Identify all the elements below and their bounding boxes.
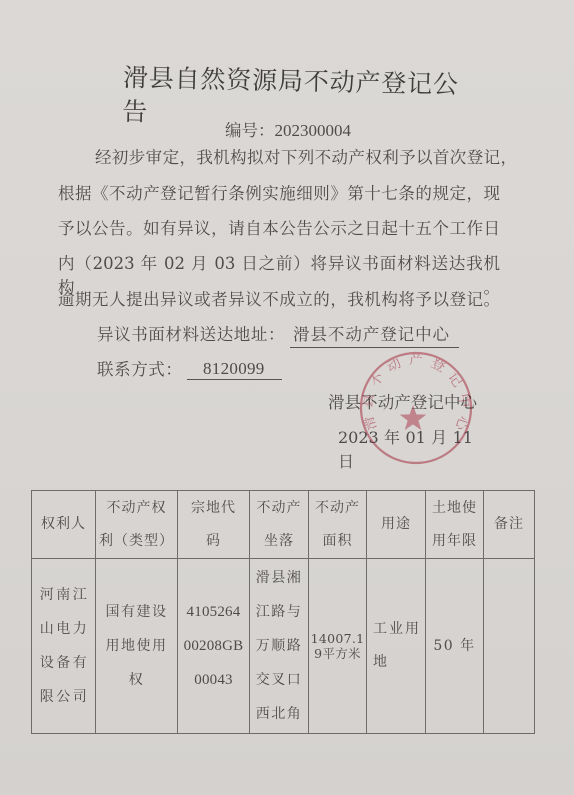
- contact-label: 联系方式：: [97, 358, 183, 382]
- notice-title: 滑县自然资源局不动产登记公告: [123, 61, 459, 102]
- cell-line: 河南江: [32, 578, 95, 612]
- header-remarks: 备注: [484, 491, 535, 559]
- header-line: 不动产权: [96, 492, 177, 525]
- header-line: 宗地代: [178, 492, 249, 525]
- cell-area: 14007.1 9平方米: [309, 559, 367, 734]
- table-header-row: 权利人 不动产权 利（类型） 宗地代 码 不动产 坐落 不动产 面积: [32, 491, 535, 559]
- contact-value: 8120099: [203, 357, 265, 381]
- notice-page: 滑县自然资源局不动产登记公告 编号：202300004 经初步审定，我机构拟对下…: [0, 0, 574, 795]
- cell-right-holder: 河南江 山电力 设备有 限公司: [32, 559, 96, 734]
- cell-line: 工业用: [373, 613, 425, 646]
- cell-line: 用地使用: [96, 629, 177, 663]
- body-line-1: 经初步审定，我机构拟对下列不动产权利予以首次登记，: [95, 146, 517, 170]
- cell-line: 00043: [178, 663, 249, 697]
- table-row: 河南江 山电力 设备有 限公司 国有建设 用地使用 权 4105264 0020…: [32, 559, 535, 734]
- address-underline: [290, 347, 459, 348]
- cell-line: 地: [373, 646, 425, 679]
- header-line: 用途: [367, 508, 425, 541]
- header-line: 备注: [484, 508, 534, 541]
- cell-line: 设备有: [32, 646, 95, 680]
- cell-land-use-term: 50 年: [426, 559, 484, 734]
- cell-remarks: [484, 559, 535, 734]
- registration-table: 权利人 不动产权 利（类型） 宗地代 码 不动产 坐落 不动产 面积: [31, 490, 534, 734]
- header-line: 坐落: [250, 525, 308, 558]
- header-line: 面积: [309, 525, 366, 558]
- cell-line: 交叉口: [250, 663, 308, 697]
- star-icon: [400, 405, 427, 430]
- header-line: 用年限: [426, 525, 483, 558]
- cell-line: 9平方米: [309, 646, 366, 661]
- document-number-label: 编号：: [225, 121, 275, 140]
- cell-line: 山电力: [32, 612, 95, 646]
- objection-address-label: 异议书面材料送达地址：: [97, 323, 285, 347]
- header-parcel-code: 宗地代 码: [178, 491, 250, 559]
- cell-line: 江路与: [250, 595, 308, 629]
- cell-line: 国有建设: [96, 595, 177, 629]
- cell-line: 00208GB: [178, 629, 249, 663]
- official-seal: 滑县不动产登记中心: [356, 350, 476, 470]
- cell-location: 滑县湘 江路与 万顺路 交叉口 西北角: [250, 559, 309, 734]
- header-line: 土地使: [426, 492, 483, 525]
- cell-line: 14007.1: [309, 631, 366, 646]
- header-area: 不动产 面积: [309, 491, 367, 559]
- document-number: 编号：202300004: [225, 120, 351, 142]
- cell-usage: 工业用 地: [367, 559, 426, 734]
- cell-line: 权: [96, 663, 177, 697]
- header-usage: 用途: [367, 491, 426, 559]
- cell-parcel-code: 4105264 00208GB 00043: [178, 559, 250, 734]
- header-line: 利（类型）: [96, 525, 177, 558]
- body-line-4: 内（2023 年 02 月 03 日之前）将异议书面材料送达我机构。: [58, 252, 500, 276]
- document-number-value: 202300004: [275, 121, 352, 140]
- contact-underline: [187, 379, 282, 380]
- header-right-type: 不动产权 利（类型）: [96, 491, 178, 559]
- cell-line: 限公司: [32, 680, 95, 714]
- cell-line: 西北角: [250, 697, 308, 731]
- body-line-3: 予以公告。如有异议，请自本公告公示之日起十五个工作日: [58, 217, 500, 241]
- header-line: 权利人: [32, 508, 95, 541]
- header-right-holder: 权利人: [32, 491, 96, 559]
- header-line: 码: [178, 525, 249, 558]
- cell-line: 万顺路: [250, 629, 308, 663]
- header-line: 不动产: [309, 492, 366, 525]
- objection-address-value: 滑县不动产登记中心: [293, 323, 449, 347]
- cell-line: 4105264: [178, 595, 249, 629]
- header-line: 不动产: [250, 492, 308, 525]
- header-land-use-term: 土地使 用年限: [426, 491, 484, 559]
- cell-right-type: 国有建设 用地使用 权: [96, 559, 178, 734]
- cell-line: 50 年: [426, 629, 483, 663]
- body-line-5: 逾期无人提出异议或者异议不成立的，我机构将予以登记。: [58, 288, 500, 312]
- header-location: 不动产 坐落: [250, 491, 309, 559]
- cell-line: 滑县湘: [250, 561, 308, 595]
- body-line-2: 根据《不动产登记暂行条例实施细则》第十七条的规定，现: [58, 182, 500, 206]
- seal-ring: [361, 353, 471, 463]
